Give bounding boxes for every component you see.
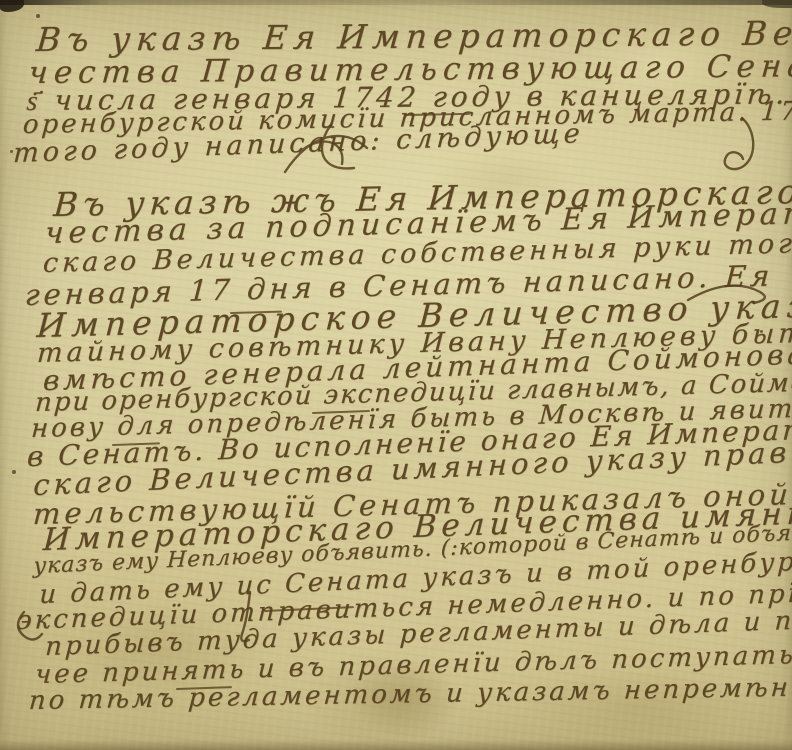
manuscript-page: Въ указѣ Ея Императорскаго Вели= чества …: [0, 0, 792, 750]
ink-speck: [12, 470, 16, 474]
scan-corner-mark-right: [762, 0, 792, 8]
scan-bottom-shadow: [0, 740, 792, 750]
scan-corner-mark-left: [0, 0, 24, 12]
ink-speck: [36, 14, 40, 18]
scan-top-edge: [0, 0, 792, 5]
